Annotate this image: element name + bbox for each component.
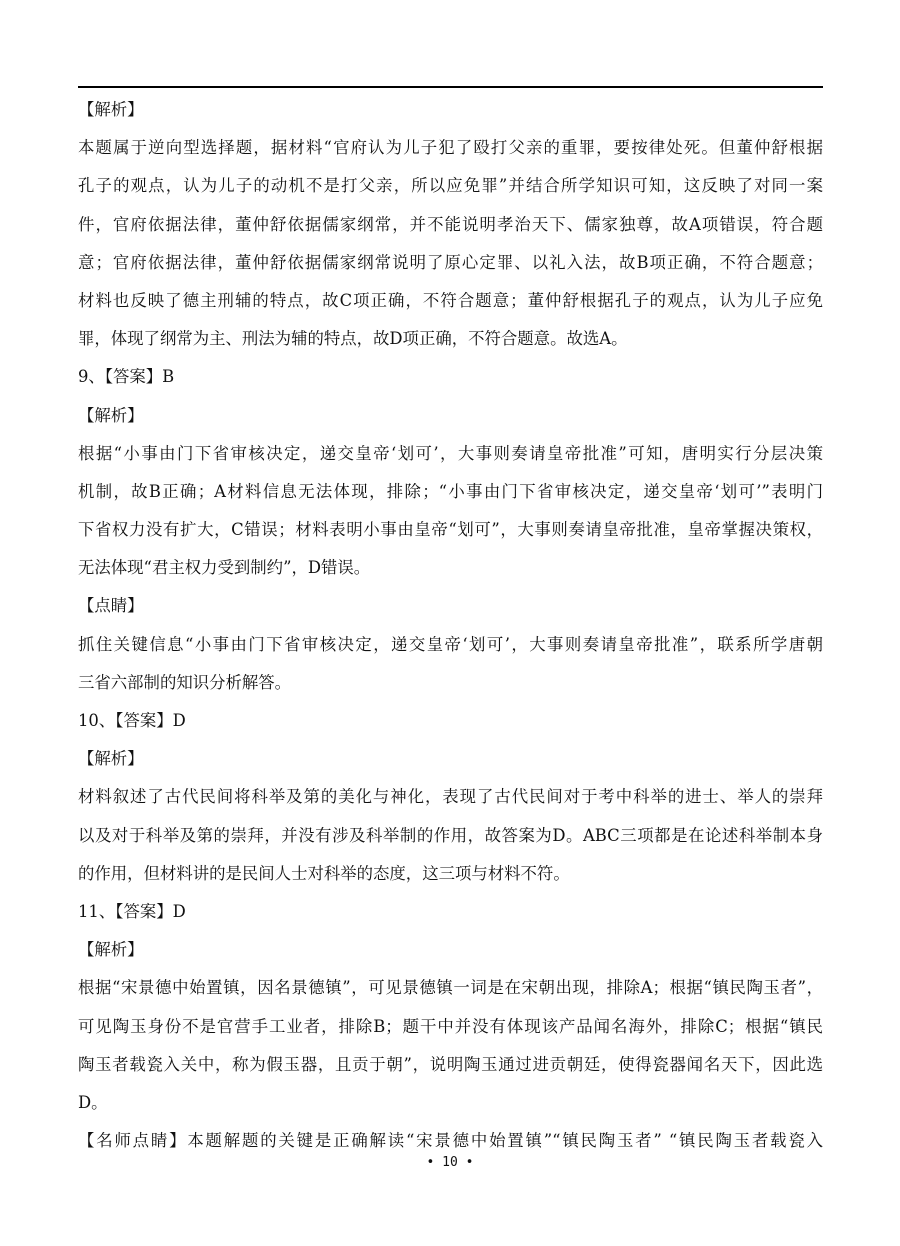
section-label-analysis: 【解析】 bbox=[78, 397, 823, 435]
paragraph-line: 孔子的观点，认为儿子的动机不是打父亲，所以应免罪”并结合所学知识可知，这反映了对… bbox=[78, 167, 823, 205]
paragraph-line: 三省六部制的知识分析解答。 bbox=[78, 664, 823, 702]
paragraph-line: 根据“宋景德中始置镇，因名景德镇”，可见景德镇一词是在宋朝出现，排除A；根据“镇… bbox=[78, 969, 823, 1007]
section-label-analysis: 【解析】 bbox=[78, 931, 823, 969]
header-rule bbox=[78, 86, 823, 88]
document-body: 【解析】 本题属于逆向型选择题，据材料“官府认为儿子犯了殴打父亲的重罪，要按律处… bbox=[78, 91, 823, 1160]
paragraph-line: 抓住关键信息“小事由门下省审核决定，递交皇帝‘划可’，大事则奏请皇帝批准”，联系… bbox=[78, 626, 823, 664]
paragraph-line: 罪，体现了纲常为主、刑法为辅的特点，故D项正确，不符合题意。故选A。 bbox=[78, 320, 823, 358]
paragraph-line: D。 bbox=[78, 1084, 823, 1122]
paragraph-line: 意；官府依据法律，董仲舒依据儒家纲常说明了原心定罪、以礼入法，故B项正确，不符合… bbox=[78, 244, 823, 282]
section-label-analysis: 【解析】 bbox=[78, 91, 823, 129]
paragraph-line: 可见陶玉身份不是官营手工业者，排除B；题干中并没有体现该产品闻名海外，排除C；根… bbox=[78, 1008, 823, 1046]
paragraph-line: 材料也反映了德主刑辅的特点，故C项正确，不符合题意；董仲舒根据孔子的观点，认为儿… bbox=[78, 282, 823, 320]
paragraph-line: 以及对于科举及第的崇拜，并没有涉及科举制的作用，故答案为D。ABC三项都是在论述… bbox=[78, 817, 823, 855]
paragraph-line: 下省权力没有扩大，C错误；材料表明小事由皇帝“划可”，大事则奏请皇帝批准，皇帝掌… bbox=[78, 511, 823, 549]
answer-heading-11: 11、【答案】D bbox=[78, 893, 823, 931]
paragraph-line: 无法体现“君主权力受到制约”，D错误。 bbox=[78, 549, 823, 587]
paragraph-line: 材料叙述了古代民间将科举及第的美化与神化，表现了古代民间对于考中科举的进士、举人… bbox=[78, 778, 823, 816]
page-number: • 10 • bbox=[0, 1155, 900, 1170]
paragraph-line: 的作用，但材料讲的是民间人士对科举的态度，这三项与材料不符。 bbox=[78, 855, 823, 893]
section-label-key-point: 【点睛】 bbox=[78, 587, 823, 625]
answer-heading-9: 9、【答案】B bbox=[78, 358, 823, 396]
paragraph-line: 根据“小事由门下省审核决定，递交皇帝‘划可’，大事则奏请皇帝批准”可知，唐明实行… bbox=[78, 435, 823, 473]
paragraph-line: 件，官府依据法律，董仲舒依据儒家纲常，并不能说明孝治天下、儒家独尊，故A项错误，… bbox=[78, 206, 823, 244]
section-label-analysis: 【解析】 bbox=[78, 740, 823, 778]
paragraph-line: 陶玉者载瓷入关中，称为假玉器，且贡于朝”，说明陶玉通过进贡朝廷，使得瓷器闻名天下… bbox=[78, 1046, 823, 1084]
paragraph-line: 机制，故B正确；A材料信息无法体现，排除；“小事由门下省审核决定，递交皇帝‘划可… bbox=[78, 473, 823, 511]
paragraph-line: 本题属于逆向型选择题，据材料“官府认为儿子犯了殴打父亲的重罪，要按律处死。但董仲… bbox=[78, 129, 823, 167]
answer-heading-10: 10、【答案】D bbox=[78, 702, 823, 740]
